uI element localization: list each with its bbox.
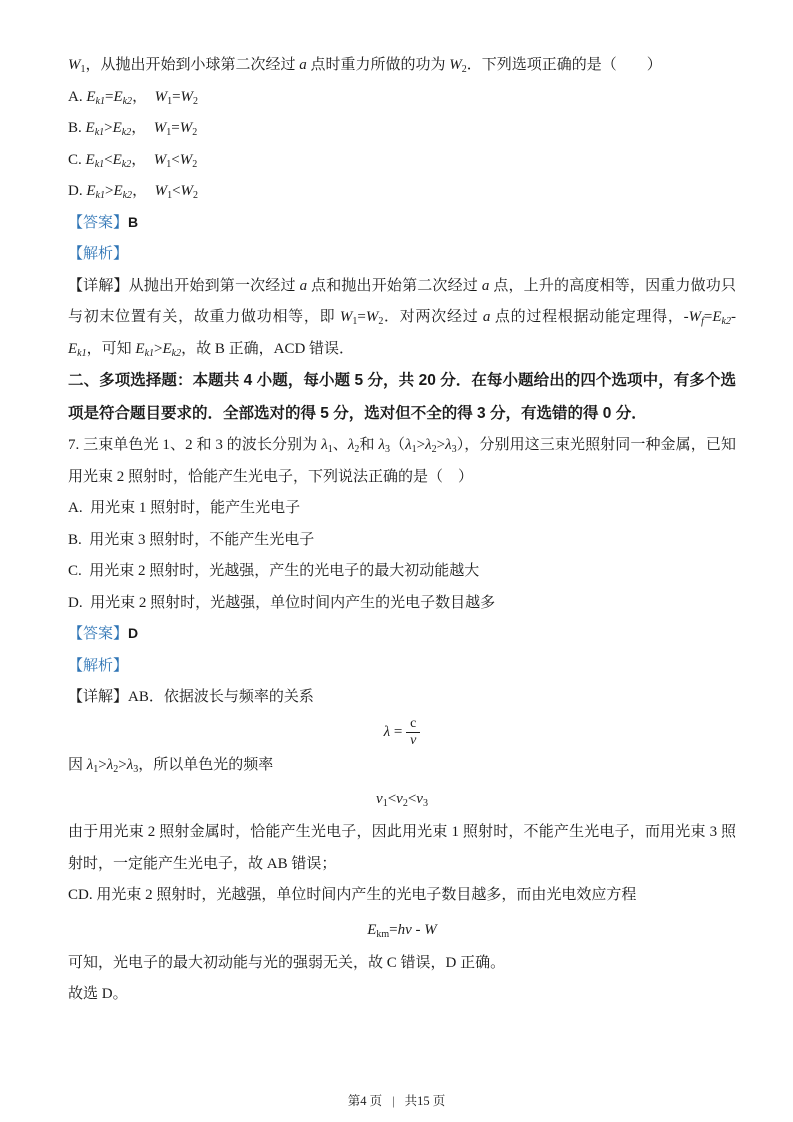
q7-explain-ab: 【详解】AB．依据波长与频率的关系 bbox=[68, 682, 736, 714]
q6-option-d: D. Ek1>Ek2， W1<W2 bbox=[68, 176, 736, 208]
q6-explain: 【详解】从抛出开始到第一次经过 a 点和抛出开始第二次经过 a 点，上升的高度相… bbox=[68, 271, 736, 366]
q7-answer: 【答案】D bbox=[68, 619, 736, 651]
document-page: W1，从抛出开始到小球第二次经过 a 点时重力所做的功为 W2．下列选项正确的是… bbox=[0, 0, 793, 1122]
q7-conclusion: 可知，光电子的最大初动能与光的强弱无关，故 C 错误，D 正确。 bbox=[68, 948, 736, 980]
bracket-label: 【答案】 bbox=[68, 626, 128, 642]
q6-option-a: A. Ek1=Ek2， W1=W2 bbox=[68, 82, 736, 114]
q7-option-d: D. 用光束 2 照射时，光越强，单位时间内产生的光电子数目越多 bbox=[68, 588, 736, 620]
document-body: W1，从抛出开始到小球第二次经过 a 点时重力所做的功为 W2．下列选项正确的是… bbox=[68, 50, 736, 1011]
q6-answer: 【答案】B bbox=[68, 208, 736, 240]
q7-explain-cd: CD. 用光束 2 照射时，光越强，单位时间内产生的光电子数目越多，而由光电效应… bbox=[68, 880, 736, 912]
fraction: cν bbox=[406, 716, 420, 749]
q6-option-b: B. Ek1>Ek2， W1=W2 bbox=[68, 113, 736, 145]
q7-option-c: C. 用光束 2 照射时，光越强，产生的光电子的最大初动能越大 bbox=[68, 556, 736, 588]
formula-wavelength-frequency: λ = cν bbox=[68, 714, 736, 750]
q7-analysis: 【解析】 bbox=[68, 651, 736, 683]
formula-photoelectric: Ekm=hν - W bbox=[68, 912, 736, 948]
q6-analysis: 【解析】 bbox=[68, 239, 736, 271]
q6-option-c: C. Ek1<Ek2， W1<W2 bbox=[68, 145, 736, 177]
q7-stem: 7. 三束单色光 1、2 和 3 的波长分别为 λ1、λ2和 λ3（λ1>λ2>… bbox=[68, 430, 736, 493]
q7-option-b: B. 用光束 3 照射时，不能产生光电子 bbox=[68, 525, 736, 557]
footer-separator: | bbox=[392, 1094, 395, 1108]
q6-stem-tail: W1，从抛出开始到小球第二次经过 a 点时重力所做的功为 W2．下列选项正确的是… bbox=[68, 50, 736, 82]
q7-frequency-reason: 因 λ1>λ2>λ3，所以单色光的频率 bbox=[68, 750, 736, 782]
q7-choose: 故选 D。 bbox=[68, 979, 736, 1011]
answer-value: B bbox=[128, 214, 138, 230]
footer-page-number: 第4 页 bbox=[348, 1094, 382, 1108]
q7-explain-body-1: 由于用光束 2 照射金属时，恰能产生光电子，因此用光束 1 照射时，不能产生光电… bbox=[68, 817, 736, 880]
page-footer: 第4 页|共15 页 bbox=[0, 1091, 793, 1109]
section-2-heading: 二、多项选择题：本题共 4 小题，每小题 5 分，共 20 分．在每小题给出的四… bbox=[68, 365, 736, 430]
q7-option-a: A. 用光束 1 照射时，能产生光电子 bbox=[68, 493, 736, 525]
bracket-label: 【解析】 bbox=[68, 246, 128, 262]
bracket-label: 【解析】 bbox=[68, 658, 128, 674]
bracket-label: 【答案】 bbox=[68, 215, 128, 231]
answer-value: D bbox=[128, 625, 138, 641]
formula-frequency-order: ν1<ν2<ν3 bbox=[68, 781, 736, 817]
footer-total-pages: 共15 页 bbox=[405, 1094, 446, 1108]
